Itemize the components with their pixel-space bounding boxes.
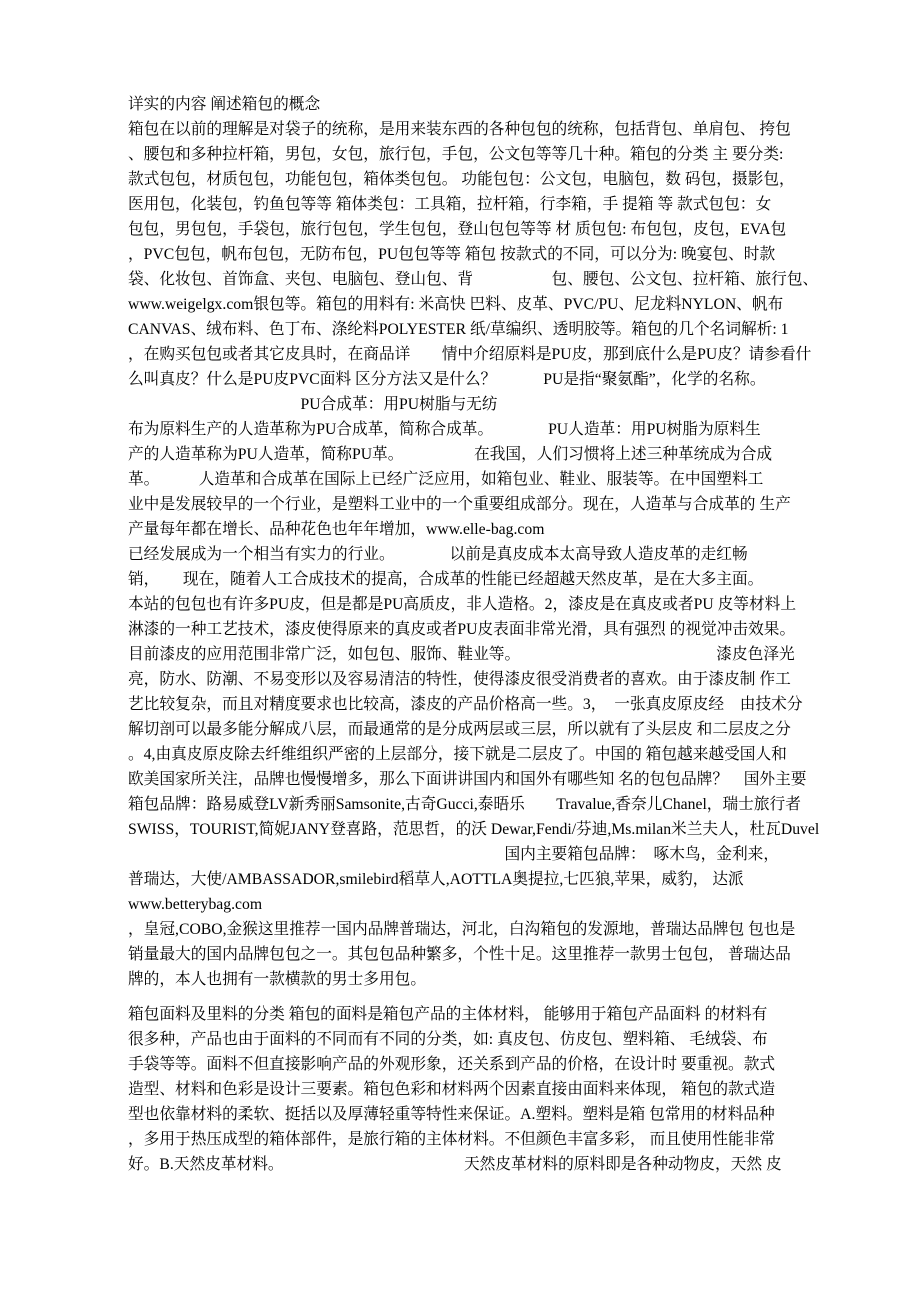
text-line: 、腰包和多种拉杆箱，男包，女包，旅行包，手包，公文包等等几十种。箱包的分类 主 …	[128, 142, 818, 167]
text-line: 淋漆的一种工艺技术，漆皮使得原来的真皮或者PU皮表面非常光滑，具有强烈 的视觉冲…	[128, 617, 818, 642]
text-line: www.weigelgx.com银包等。箱包的用料有: 米高快 巴料、皮革、PV…	[128, 292, 818, 317]
text-line: ，在购买包包或者其它皮具时，在商品详 情中介绍原料是PU皮，那到底什么是PU皮？…	[128, 342, 818, 367]
text-line: 型也依靠材料的柔软、挺括以及厚薄轻重等特性来保证。A.塑料。塑料是箱 包常用的材…	[128, 1102, 818, 1127]
text-line: 普瑞达，大使/AMBASSADOR,smilebird稻草人,AOTTLA奥提拉…	[128, 867, 818, 892]
text-line: 牌的，本人也拥有一款横款的男士多用包。	[128, 967, 818, 992]
text-line: 已经发展成为一个相当有实力的行业。 以前是真皮成本太高导致人造皮革的走红畅	[128, 542, 818, 567]
text-line: 欧美国家所关注，品牌也慢慢增多，那么下面讲讲国内和国外有哪些知 名的包包品牌？ …	[128, 767, 818, 792]
text-line: SWISS，TOURIST,简妮JANY登喜路，范思哲，的沃 Dewar,Fen…	[128, 817, 818, 842]
text-line: 艺比较复杂，而且对精度要求也比较高，漆皮的产品价格高一些。3， 一张真皮原皮经 …	[128, 692, 818, 717]
text-line: 国内主要箱包品牌： 啄木鸟，金利来，	[128, 842, 818, 867]
text-line: 产的人造革称为PU人造革，简称PU革。 在我国，人们习惯将上述三种革统成为合成	[128, 442, 818, 467]
text-line: 箱包品牌：路易威登LV新秀丽Samsonite,古奇Gucci,泰晤乐 Trav…	[128, 792, 818, 817]
text-line: 详实的内容 阐述箱包的概念	[128, 92, 818, 117]
text-line: www.betterybag.com	[128, 892, 818, 917]
text-line: ，PVC包包，帆布包包，无防布包，PU包包等等 箱包 按款式的不同，可以分为: …	[128, 242, 818, 267]
text-line: 。4,由真皮原皮除去纤维组织严密的上层部分，接下就是二层皮了。中国的 箱包越来越…	[128, 742, 818, 767]
text-line: 么叫真皮？什么是PU皮PVC面料 区分方法又是什么？ PU是指“聚氨酯”，化学的…	[128, 367, 818, 392]
text-line: 箱包面料及里料的分类 箱包的面料是箱包产品的主体材料， 能够用于箱包产品面料 的…	[128, 1002, 818, 1027]
document-page: 详实的内容 阐述箱包的概念 箱包在以前的理解是对袋子的统称，是用来装东西的各种包…	[0, 0, 920, 1302]
text-line: 布为原料生产的人造革称为PU合成革，简称合成革。 PU人造革：用PU树脂为原料生	[128, 417, 818, 442]
paragraph-spacer	[128, 992, 818, 1002]
text-line: 销量最大的国内品牌包包之一。其包包品种繁多，个性十足。这里推荐一款男士包包， 普…	[128, 942, 818, 967]
text-line: 目前漆皮的应用范围非常广泛，如包包、服饰、鞋业等。 漆皮色泽光	[128, 642, 818, 667]
text-line: 革。 人造革和合成革在国际上已经广泛应用，如箱包业、鞋业、服装等。在中国塑料工	[128, 467, 818, 492]
document-body: 详实的内容 阐述箱包的概念 箱包在以前的理解是对袋子的统称，是用来装东西的各种包…	[128, 92, 818, 1177]
text-line: 销， 现在，随着人工合成技术的提高，合成革的性能已经超越天然皮革，是在大多主面。	[128, 567, 818, 592]
text-line: 解切剖可以最多能分解成八层，而最通常的是分成两层或三层，所以就有了头层皮 和二层…	[128, 717, 818, 742]
text-line: ，多用于热压成型的箱体部件，是旅行箱的主体材料。不但颜色丰富多彩， 而且使用性能…	[128, 1127, 818, 1152]
text-line: 袋、化妆包、首饰盒、夹包、电脑包、登山包、背 包、腰包、公文包、拉杆箱、旅行包、	[128, 267, 818, 292]
text-line: 包包，男包包，手袋包，旅行包包，学生包包，登山包包等等 材 质包包: 布包包，皮…	[128, 217, 818, 242]
text-line: 本站的包包也有许多PU皮，但是都是PU高质皮，非人造格。2，漆皮是在真皮或者PU…	[128, 592, 818, 617]
text-line: ，皇冠,COBO,金猴这里推荐一国内品牌普瑞达，河北，白沟箱包的发源地，普瑞达品…	[128, 917, 818, 942]
text-line: 亮，防水、防潮、不易变形以及容易清洁的特性，使得漆皮很受消费者的喜欢。由于漆皮制…	[128, 667, 818, 692]
text-line: 很多种，产品也由于面料的不同而有不同的分类，如: 真皮包、仿皮包、塑料箱、 毛绒…	[128, 1027, 818, 1052]
text-line: CANVAS、绒布料、色丁布、涤纶料POLYESTER 纸/草编织、透明胶等。箱…	[128, 317, 818, 342]
text-line: 业中是发展较早的一个行业，是塑料工业中的一个重要组成部分。现在，人造革与合成革的…	[128, 492, 818, 517]
text-line: 造型、材料和色彩是设计三要素。箱包色彩和材料两个因素直接由面料来体现， 箱包的款…	[128, 1077, 818, 1102]
text-line: PU合成革：用PU树脂与无纺	[128, 392, 818, 417]
text-line: 产量每年都在增长、品种花色也年年增加，www.elle-bag.com	[128, 517, 818, 542]
text-line: 箱包在以前的理解是对袋子的统称，是用来装东西的各种包包的统称，包括背包、单肩包、…	[128, 117, 818, 142]
text-line: 手袋等等。面料不但直接影响产品的外观形象，还关系到产品的价格，在设计时 要重视。…	[128, 1052, 818, 1077]
text-line: 款式包包，材质包包，功能包包，箱体类包包。 功能包包：公文包，电脑包，数 码包，…	[128, 167, 818, 192]
text-line: 好。B.天然皮革材料。 天然皮革材料的原料即是各种动物皮，天然 皮	[128, 1152, 818, 1177]
text-line: 医用包，化装包，钓鱼包等等 箱体类包：工具箱，拉杆箱，行李箱，手 提箱 等 款式…	[128, 192, 818, 217]
